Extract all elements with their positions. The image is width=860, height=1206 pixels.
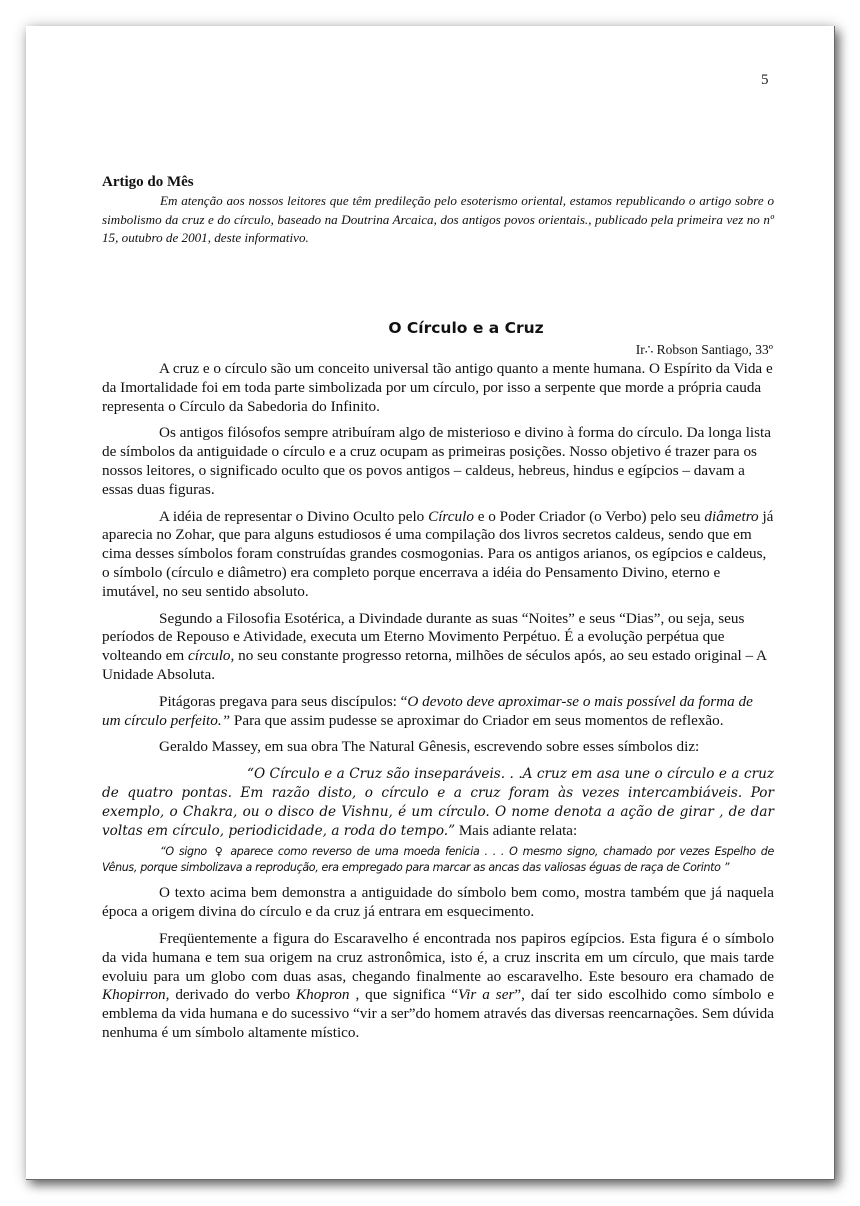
paragraph-2: Os antigos filósofos sempre atribuíram a…	[102, 424, 774, 499]
page-number: 5	[761, 72, 769, 89]
paragraph-5: Pitágoras pregava para seus discípulos: …	[102, 693, 774, 731]
article-body: A cruz e o círculo são um conceito unive…	[102, 360, 774, 1051]
paragraph-6: Geraldo Massey, em sua obra The Natural …	[102, 738, 774, 757]
paragraph-8-text-a: Freqüentemente a figura do Escaravelho é…	[102, 930, 774, 985]
massey-quote: “O Círculo e a Cruz são inseparáveis. . …	[102, 765, 774, 840]
paragraph-4: Segundo a Filosofia Esotérica, a Divinda…	[102, 610, 774, 685]
section-heading: Artigo do Mês	[102, 174, 194, 191]
paragraph-8-text-c: derivado do verbo	[169, 986, 296, 1003]
paragraph-3-text-c: e o Poder Criador (o Verbo) pelo seu	[474, 508, 704, 525]
paragraph-3: A idéia de representar o Divino Oculto p…	[102, 508, 774, 602]
article-byline: Ir∴ Robson Santiago, 33º	[636, 342, 773, 358]
paragraph-3-text-a: A idéia de representar o Divino Oculto p…	[159, 508, 428, 525]
paragraph-5-text-c: Para que assim pudesse se aproximar do C…	[230, 712, 723, 729]
venus-quote-text-a: “O signo	[160, 845, 207, 858]
venus-sign-quote: “O signo♀aparece como reverso de uma moe…	[102, 844, 774, 875]
massey-quote-tail: Mais adiante relata:	[455, 823, 577, 839]
emphasis-circulo: Círculo	[428, 508, 474, 525]
emphasis-khopron: Khopron	[296, 986, 349, 1003]
paragraph-7: O texto acima bem demonstra a antiguidad…	[102, 884, 774, 922]
paragraph-8-text-e: , que significa “	[350, 986, 459, 1003]
emphasis-khopirron: Khopirron,	[102, 986, 169, 1003]
document-page: 5 Artigo do Mês Em atenção aos nossos le…	[26, 26, 835, 1180]
article-title: O Círculo e a Cruz	[102, 319, 830, 337]
venus-symbol-icon: ♀	[213, 845, 225, 858]
massey-quote-text: “O Círculo e a Cruz são inseparáveis. . …	[102, 766, 774, 838]
paragraph-1: A cruz e o círculo são um conceito unive…	[102, 360, 774, 416]
section-intro: Em atenção aos nossos leitores que têm p…	[102, 192, 774, 248]
paragraph-8: Freqüentemente a figura do Escaravelho é…	[102, 930, 774, 1043]
emphasis-vir-a-ser: Vir a ser	[458, 986, 514, 1003]
paragraph-5-text-a: Pitágoras pregava para seus discípulos: …	[159, 693, 407, 710]
emphasis-circulo-2: círculo,	[188, 647, 234, 664]
emphasis-diametro: diâmetro	[704, 508, 758, 525]
